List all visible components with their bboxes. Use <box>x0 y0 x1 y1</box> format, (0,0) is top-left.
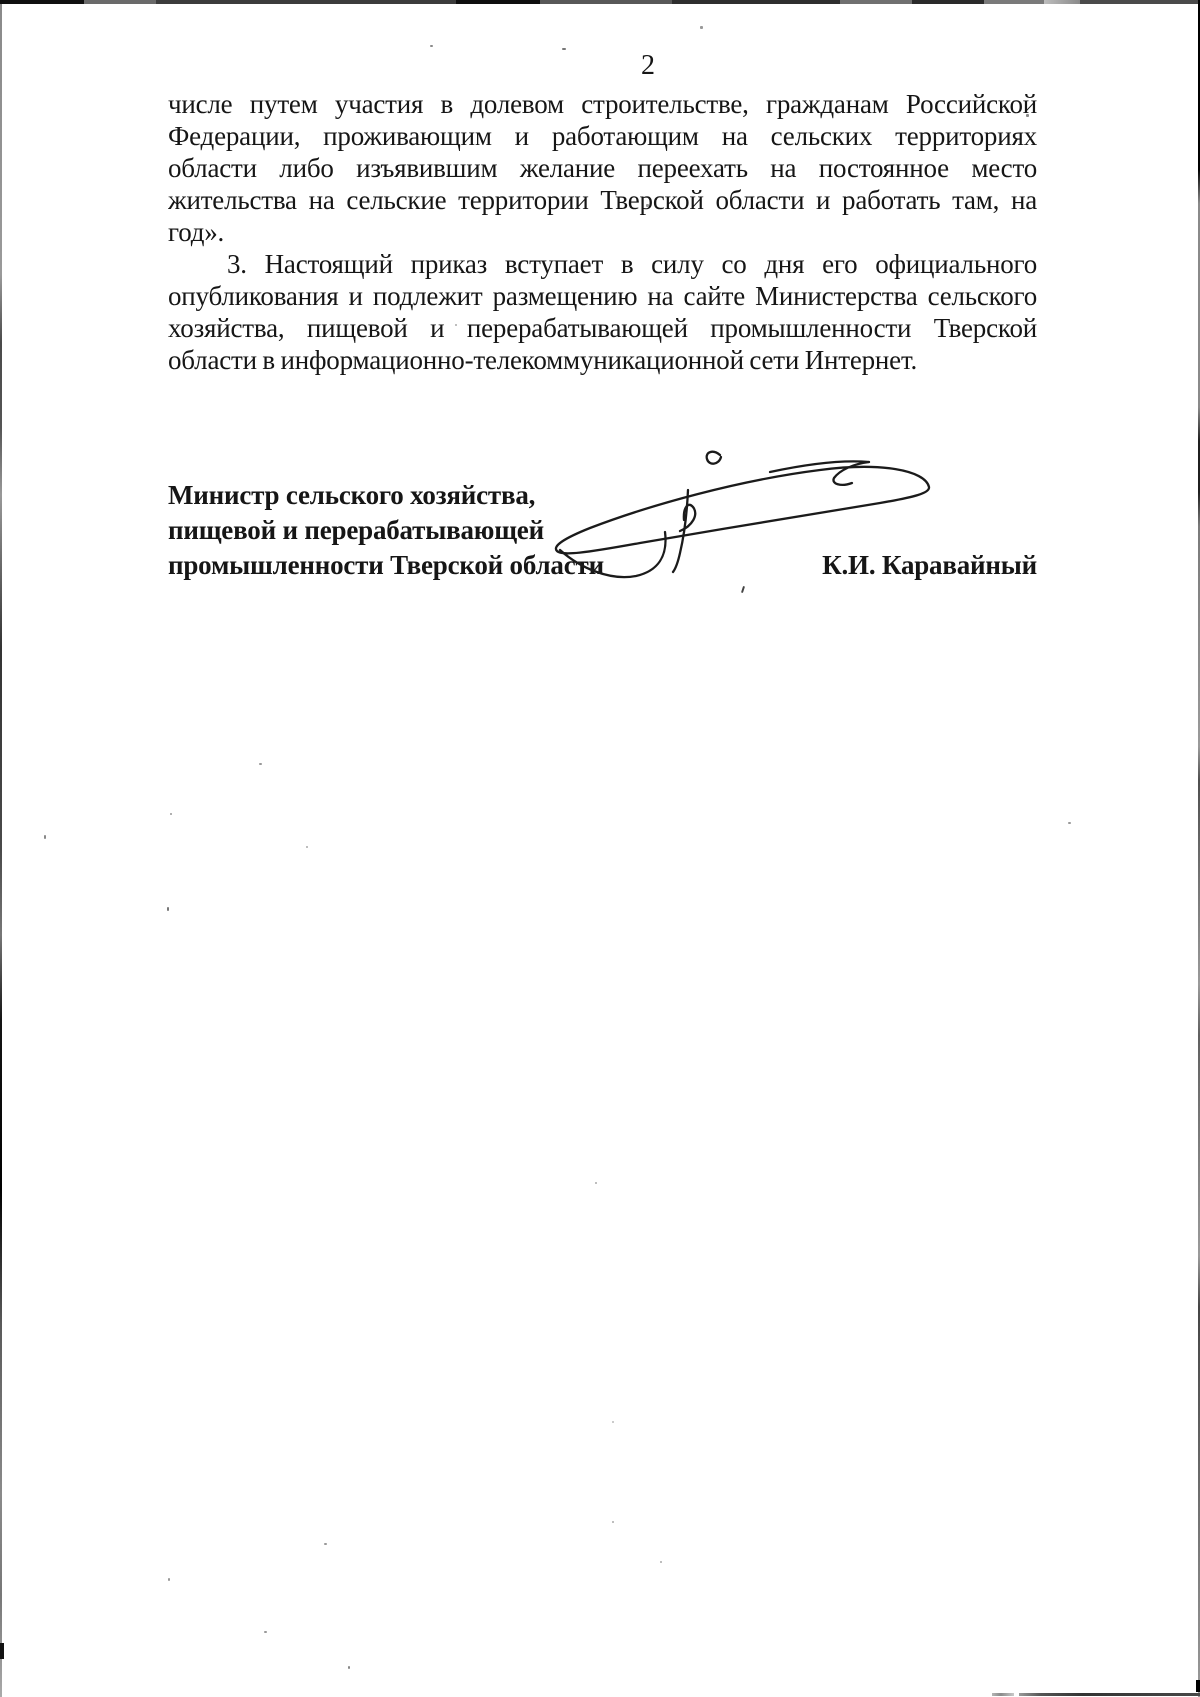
scan-speck <box>646 204 649 207</box>
scan-artifact-right-tick <box>1196 1680 1200 1692</box>
scan-speck <box>259 763 262 765</box>
scan-speck <box>1068 822 1071 824</box>
scan-speck <box>167 907 169 911</box>
scan-speck <box>430 45 433 47</box>
scan-speck <box>562 48 566 50</box>
scan-artifact-bottom-line <box>1019 1693 1200 1696</box>
paragraph-2-line: хозяйства, пищевой и перерабатывающей пр… <box>168 312 1037 344</box>
scan-speck <box>170 813 172 815</box>
scan-artifact-bottom-left-mark <box>0 1643 4 1659</box>
scan-artifact-left-edge <box>0 4 2 1697</box>
paragraph-1-line: Федерации, проживающим и работающим на с… <box>168 120 1037 152</box>
body-text: числе путем участия в долевом строительс… <box>168 88 1037 376</box>
scan-speck <box>1026 114 1029 117</box>
scan-speck <box>612 1421 614 1423</box>
scan-speck <box>44 835 46 839</box>
scan-speck <box>324 1543 327 1545</box>
paragraph-2-line: 3. Настоящий приказ вступает в силу со д… <box>168 248 1037 280</box>
paragraph-2-line: опубликования и подлежит размещению на с… <box>168 280 1037 312</box>
scan-speck <box>306 846 308 848</box>
scan-speck <box>612 1521 614 1523</box>
paragraph-1-line: год». <box>168 216 1037 248</box>
handwritten-signature <box>530 410 960 600</box>
scan-speck <box>455 324 457 326</box>
scan-speck <box>700 26 703 29</box>
scan-speck <box>660 1561 662 1563</box>
scan-speck <box>168 1578 170 1581</box>
paragraph-1-line: числе путем участия в долевом строительс… <box>168 88 1037 120</box>
scan-artifact-bottom-dash <box>992 1693 1014 1696</box>
paragraph-1: числе путем участия в долевом строительс… <box>168 88 1037 248</box>
scanned-document-page: 2 числе путем участия в долевом строител… <box>0 0 1200 1697</box>
page-number: 2 <box>600 50 696 82</box>
paragraph-1-line: жительства на сельские территории Тверск… <box>168 184 1037 216</box>
scan-speck <box>595 1182 597 1184</box>
scan-speck <box>264 1631 267 1633</box>
paragraph-1-line: области либо изъявившим желание переехат… <box>168 152 1037 184</box>
scan-artifact-top-edge <box>0 0 1200 4</box>
scan-speck <box>348 1666 350 1669</box>
paragraph-2: 3. Настоящий приказ вступает в силу со д… <box>168 248 1037 376</box>
paragraph-2-line: области в информационно-телекоммуникацио… <box>168 344 1037 376</box>
